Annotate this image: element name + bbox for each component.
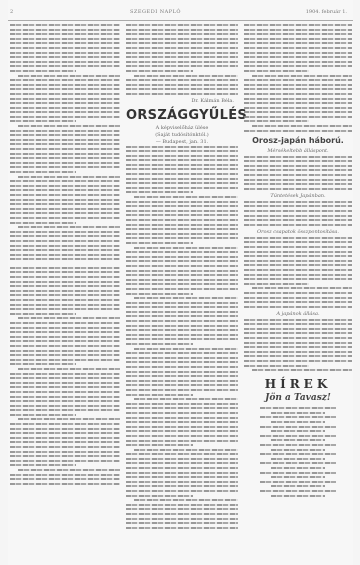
text-line — [10, 414, 76, 416]
text-line — [244, 283, 309, 285]
text-line — [126, 407, 238, 409]
text-line — [10, 354, 120, 356]
text-line — [134, 297, 238, 299]
text-line — [244, 355, 352, 357]
text-line — [126, 513, 238, 515]
text-line — [126, 38, 238, 40]
text-line — [244, 29, 352, 31]
text-line — [244, 70, 309, 72]
text-line — [10, 464, 76, 466]
text-line — [244, 61, 352, 63]
text-line — [126, 490, 238, 492]
text-line — [10, 212, 120, 214]
text-line — [10, 139, 120, 141]
text-line — [134, 398, 238, 400]
text-line — [260, 472, 336, 474]
text-line — [244, 205, 352, 207]
text-line — [10, 386, 120, 388]
text-line — [10, 373, 120, 375]
text-line — [260, 481, 336, 483]
text-line — [271, 430, 325, 432]
text-line — [126, 52, 238, 54]
text-line — [244, 251, 352, 253]
subheadline: A képviselőház ülése — [126, 125, 238, 131]
text-line — [10, 157, 120, 159]
text-line — [244, 165, 352, 167]
text-line — [10, 84, 120, 86]
text-line — [244, 219, 352, 221]
text-line — [244, 98, 352, 100]
article-body — [244, 319, 352, 372]
text-line — [126, 485, 238, 487]
text-line — [134, 196, 238, 198]
text-line — [252, 287, 352, 289]
text-line — [126, 260, 238, 262]
text-line — [10, 446, 120, 448]
text-line — [10, 42, 120, 44]
text-line — [10, 189, 120, 191]
text-line — [244, 319, 352, 321]
text-line — [10, 185, 120, 187]
text-line — [10, 199, 120, 201]
text-line — [126, 357, 238, 359]
text-line — [244, 306, 352, 308]
text-line — [10, 327, 120, 329]
text-line — [244, 38, 352, 40]
text-line — [126, 270, 238, 272]
page-number: 2 — [10, 9, 13, 15]
text-line — [126, 182, 238, 184]
subsection-heading: A japánok állása. — [244, 311, 352, 317]
text-line — [244, 210, 352, 212]
text-line — [126, 61, 238, 63]
text-line — [260, 407, 336, 409]
text-line — [10, 281, 120, 283]
text-line — [244, 156, 352, 158]
text-line — [126, 178, 238, 180]
text-line — [244, 79, 352, 81]
text-line — [271, 476, 325, 478]
text-line — [126, 187, 238, 189]
text-line — [244, 33, 352, 35]
text-line — [126, 375, 238, 377]
text-line — [10, 294, 120, 296]
text-line — [10, 455, 120, 457]
text-line — [126, 219, 238, 221]
text-line — [10, 396, 120, 398]
page-header: 2 SZEGEDI NAPLÓ 1904. február 1. — [8, 6, 353, 20]
poem-title: Jön a Tavasz! — [244, 393, 352, 403]
text-line — [10, 93, 120, 95]
header-divider — [8, 20, 353, 21]
text-line — [18, 418, 120, 420]
text-line — [244, 183, 352, 185]
text-line — [271, 449, 325, 451]
text-line — [244, 120, 309, 122]
text-line — [10, 350, 120, 352]
text-line — [126, 444, 193, 446]
text-line — [10, 111, 120, 113]
text-line — [244, 93, 352, 95]
article-body — [244, 24, 352, 132]
text-line — [10, 405, 120, 407]
article-body — [126, 24, 238, 95]
text-line — [126, 522, 238, 524]
text-line — [10, 29, 120, 31]
text-line — [10, 428, 120, 430]
text-line — [126, 366, 238, 368]
article-body — [244, 237, 352, 308]
subheadline: Mérsékeltebb álláspont. — [244, 148, 352, 154]
text-line — [10, 180, 120, 182]
text-line — [126, 150, 238, 152]
text-line — [126, 237, 238, 239]
text-line — [10, 240, 120, 242]
article-body — [10, 24, 120, 260]
text-line — [10, 61, 120, 63]
text-line — [10, 98, 120, 100]
text-line — [10, 345, 120, 347]
text-line — [10, 171, 76, 173]
text-line — [244, 179, 352, 181]
text-line — [18, 226, 120, 228]
text-line — [244, 246, 352, 248]
text-line — [134, 499, 238, 501]
text-line — [244, 65, 352, 67]
text-line — [10, 276, 120, 278]
text-line — [126, 467, 238, 469]
text-line — [126, 338, 238, 340]
text-line — [126, 421, 238, 423]
text-line — [10, 203, 120, 205]
text-line — [126, 384, 238, 386]
text-line — [134, 247, 238, 249]
text-line — [244, 269, 352, 271]
text-line — [126, 56, 238, 58]
text-line — [10, 116, 120, 118]
text-line — [244, 215, 352, 217]
text-line — [126, 453, 238, 455]
text-line — [10, 267, 120, 269]
text-line — [126, 458, 238, 460]
text-line — [126, 283, 238, 285]
text-line — [10, 285, 120, 287]
article-body — [10, 267, 120, 485]
text-line — [10, 65, 120, 67]
text-line — [126, 65, 238, 67]
text-line — [126, 380, 238, 382]
text-line — [126, 274, 238, 276]
text-line — [10, 148, 120, 150]
text-line — [134, 75, 238, 77]
text-line — [260, 462, 336, 464]
subheadline-source: (Saját tudósítónktól.) — [126, 132, 238, 138]
text-line — [10, 451, 120, 453]
text-line — [244, 88, 352, 90]
text-line — [126, 70, 193, 72]
text-line — [126, 201, 238, 203]
text-line — [271, 495, 325, 497]
text-line — [126, 315, 238, 317]
text-line — [10, 166, 120, 168]
text-line — [126, 417, 238, 419]
text-line — [10, 130, 120, 132]
text-line — [244, 102, 352, 104]
text-line — [126, 343, 193, 345]
text-line — [126, 403, 238, 405]
text-line — [10, 322, 120, 324]
subsection-heading: Tüntetések Japánban. — [244, 193, 352, 199]
text-line — [126, 293, 193, 295]
text-line — [126, 288, 238, 290]
text-line — [10, 478, 120, 480]
text-line — [244, 56, 352, 58]
text-line — [10, 340, 120, 342]
text-line — [10, 474, 120, 476]
text-line — [10, 254, 120, 256]
text-line — [10, 107, 120, 109]
text-line — [126, 251, 238, 253]
text-line — [126, 325, 238, 327]
text-line — [10, 56, 120, 58]
dateline: — Budapest, jan. 31. — [126, 139, 238, 145]
text-line — [10, 79, 120, 81]
text-line — [10, 52, 120, 54]
text-line — [244, 332, 352, 334]
article-body — [244, 201, 352, 226]
text-line — [271, 467, 325, 469]
text-line — [10, 70, 76, 72]
text-line — [126, 302, 238, 304]
text-line — [126, 394, 193, 396]
text-line — [10, 33, 120, 35]
text-line — [260, 444, 336, 446]
text-line — [244, 116, 352, 118]
text-line — [134, 348, 238, 350]
text-line — [126, 426, 238, 428]
text-line — [126, 214, 238, 216]
headline-orszaggyules: ORSZÁGGYŰLÉS — [126, 108, 238, 123]
text-line — [126, 527, 238, 529]
text-line — [10, 143, 120, 145]
text-line — [260, 426, 336, 428]
text-line — [271, 412, 325, 414]
text-line — [134, 449, 238, 451]
text-line — [244, 301, 352, 303]
article-signature: Dr. Kálmán Béla. — [130, 98, 234, 104]
text-line — [244, 260, 352, 262]
text-line — [10, 102, 120, 104]
text-line — [10, 363, 76, 365]
text-line — [126, 191, 193, 193]
text-line — [126, 320, 238, 322]
text-line — [126, 311, 238, 313]
text-line — [126, 84, 238, 86]
column-1 — [10, 24, 120, 487]
text-line — [126, 256, 238, 258]
text-line — [252, 75, 352, 77]
text-line — [10, 231, 120, 233]
text-line — [18, 125, 120, 127]
text-line — [10, 208, 120, 210]
text-line — [10, 194, 120, 196]
text-line — [244, 84, 352, 86]
text-line — [244, 160, 352, 162]
text-line — [271, 458, 325, 460]
text-line — [126, 42, 238, 44]
text-line — [10, 222, 76, 224]
text-line — [126, 29, 238, 31]
text-line — [126, 334, 238, 336]
text-line — [260, 453, 336, 455]
text-line — [10, 290, 120, 292]
text-line — [244, 52, 352, 54]
text-line — [244, 111, 352, 113]
text-line — [244, 169, 352, 171]
text-line — [126, 79, 238, 81]
text-line — [18, 469, 120, 471]
text-line — [244, 337, 352, 339]
text-line — [126, 462, 238, 464]
article-body — [126, 146, 238, 529]
text-line — [10, 258, 120, 260]
text-line — [244, 130, 352, 132]
text-line — [126, 88, 238, 90]
headline-orosz-japan: Orosz-japán háború. — [244, 136, 352, 145]
text-line — [252, 125, 352, 127]
text-line — [10, 153, 120, 155]
text-line — [126, 440, 238, 442]
text-line — [244, 264, 352, 266]
column-3: Orosz-japán háború. Mérsékeltebb álláspo… — [244, 24, 352, 499]
text-line — [244, 241, 352, 243]
text-line — [126, 265, 238, 267]
issue-date: 1904. február 1. — [306, 9, 347, 15]
newspaper-title: SZEGEDI NAPLÓ — [130, 9, 181, 15]
text-line — [10, 38, 120, 40]
text-line — [271, 485, 325, 487]
text-line — [10, 377, 120, 379]
text-line — [244, 278, 352, 280]
text-line — [126, 242, 193, 244]
text-line — [126, 33, 238, 35]
text-line — [126, 47, 238, 49]
text-line — [260, 490, 336, 492]
text-line — [126, 24, 238, 26]
text-line — [126, 472, 238, 474]
text-line — [126, 224, 238, 226]
text-line — [10, 391, 120, 393]
text-line — [10, 382, 120, 384]
text-line — [10, 245, 120, 247]
text-line — [126, 481, 238, 483]
text-line — [10, 304, 120, 306]
text-line — [244, 365, 309, 367]
text-line — [10, 235, 120, 237]
text-line — [244, 297, 352, 299]
text-line — [244, 255, 352, 257]
text-line — [10, 24, 120, 26]
text-line — [126, 279, 238, 281]
text-line — [10, 313, 76, 315]
text-line — [18, 368, 120, 370]
text-line — [10, 308, 120, 310]
subsection-heading: Orosz csapatok összpontosítása. — [244, 229, 352, 235]
text-line — [244, 42, 352, 44]
text-line — [10, 88, 120, 90]
text-line — [126, 306, 238, 308]
text-line — [126, 93, 238, 95]
text-line — [126, 329, 238, 331]
text-line — [10, 217, 120, 219]
text-line — [126, 146, 238, 148]
text-line — [126, 164, 238, 166]
text-line — [126, 476, 238, 478]
text-line — [271, 439, 325, 441]
text-line — [10, 134, 120, 136]
text-line — [244, 201, 352, 203]
text-line — [244, 174, 352, 176]
text-line — [126, 371, 238, 373]
text-line — [244, 274, 352, 276]
text-line — [10, 409, 120, 411]
text-line — [10, 400, 120, 402]
text-line — [10, 336, 120, 338]
text-line — [10, 120, 76, 122]
text-line — [244, 360, 352, 362]
text-line — [10, 271, 120, 273]
text-line — [126, 504, 238, 506]
text-line — [244, 107, 352, 109]
text-line — [126, 155, 238, 157]
article-body — [244, 156, 352, 190]
text-line — [244, 342, 352, 344]
column-2: Dr. Kálmán Béla. ORSZÁGGYŰLÉS A képvisel… — [126, 24, 238, 531]
text-line — [244, 323, 352, 325]
text-line — [126, 412, 238, 414]
text-line — [126, 495, 193, 497]
text-line — [10, 299, 120, 301]
text-line — [244, 224, 352, 226]
text-line — [126, 168, 238, 170]
text-line — [126, 389, 238, 391]
text-line — [10, 359, 120, 361]
text-line — [244, 47, 352, 49]
text-line — [10, 423, 120, 425]
text-line — [10, 441, 120, 443]
text-line — [126, 435, 238, 437]
text-line — [126, 361, 238, 363]
text-line — [18, 176, 120, 178]
text-line — [18, 317, 120, 319]
poem-body — [244, 407, 352, 496]
text-line — [126, 352, 238, 354]
text-line — [260, 435, 336, 437]
newspaper-page: 2 SZEGEDI NAPLÓ 1904. február 1. Dr. Kál… — [8, 0, 353, 565]
text-line — [10, 47, 120, 49]
text-line — [271, 421, 325, 423]
text-line — [244, 328, 352, 330]
text-line — [126, 210, 238, 212]
text-line — [10, 432, 120, 434]
text-line — [244, 346, 352, 348]
text-line — [18, 75, 120, 77]
text-line — [244, 237, 352, 239]
text-line — [126, 173, 238, 175]
text-line — [244, 188, 352, 190]
text-line — [10, 437, 120, 439]
text-line — [260, 416, 336, 418]
